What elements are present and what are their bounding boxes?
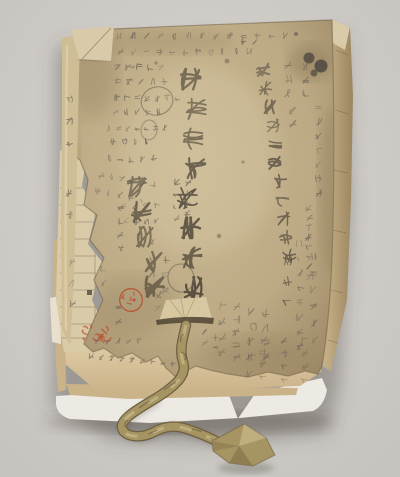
binding-highlight	[66, 45, 67, 330]
ink-blotch	[225, 59, 230, 64]
ink-blotch	[294, 32, 298, 36]
manuscript-photo	[0, 0, 400, 477]
ink-blotch	[304, 53, 315, 64]
ink-blotch	[217, 234, 221, 238]
ink-blotch	[154, 61, 158, 65]
ink-blotch	[241, 160, 244, 163]
ink-blotch	[132, 66, 135, 69]
photo-scene	[0, 0, 400, 477]
ink-blotch	[311, 70, 318, 77]
form-checkbox-mark	[87, 290, 92, 295]
